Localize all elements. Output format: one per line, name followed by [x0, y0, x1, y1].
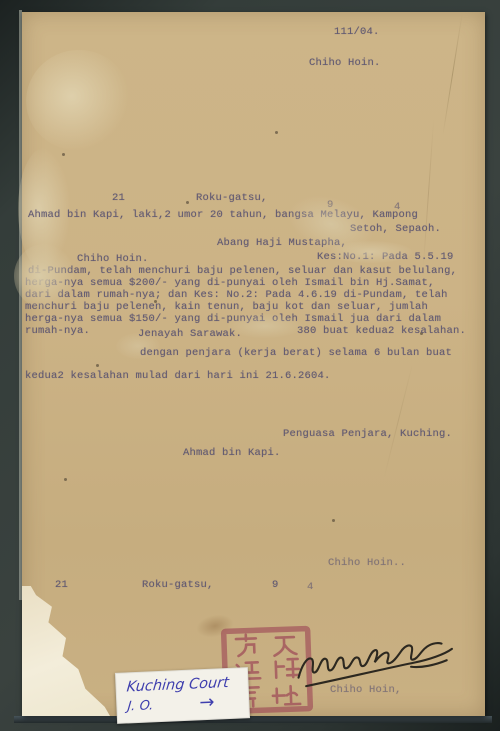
charge-line-5: herga-nya semua $150/- yang di-punyai ol… [25, 313, 441, 325]
paper-sheet [22, 12, 485, 716]
document-photo: 111/04. Chiho Hoin. 21 Roku-gatsu, 9 4 A… [0, 0, 500, 731]
speck [332, 519, 335, 522]
charge-line-4: menchuri baju pelenen, kain tenun, baju … [25, 301, 428, 313]
case-reference: Kes:No.1: Pada 5.5.19 [317, 251, 454, 263]
charge-line-1: di-Pundam, telah menchuri baju pelenen, … [28, 265, 457, 277]
note-line-1: Kuching Court [126, 675, 230, 696]
law-name: Jenayah Sarawak. [138, 328, 242, 340]
note-line-2: J. O. [127, 698, 154, 714]
speck [275, 131, 278, 134]
charge-line-6: rumah-nya. [25, 325, 90, 337]
prisoner-name: Ahmad bin Kapi. [183, 447, 281, 459]
date-year-digit2-bottom: 4 [307, 581, 314, 593]
date-day-bottom: 21 [55, 579, 68, 591]
table-edge [14, 716, 492, 723]
court-heading-top: Chiho Hoin. [309, 57, 381, 69]
date-year-digit1-bottom: 9 [272, 579, 279, 591]
penal-section: 380 buat kedua2 kesalahan. [297, 325, 466, 337]
sentence-line-1: dengan penjara (kerja berat) selama 6 bu… [140, 347, 452, 359]
court-heading-bottom: Chiho Hoin.. [328, 557, 406, 569]
date-month-bottom: Roku-gatsu, [142, 579, 214, 591]
speck [62, 153, 65, 156]
speck [186, 201, 189, 204]
court-label: Chiho Hoin. [77, 253, 149, 265]
speck [64, 478, 67, 481]
date-month-top: Roku-gatsu, [196, 192, 268, 204]
charge-line-3: dari dalam rumah-nya; dan Kes: No.2: Pad… [25, 289, 448, 301]
sentence-line-2: kedua2 kesalahan mulad dari hari ini 21.… [25, 370, 331, 382]
signature [291, 632, 467, 702]
speck [96, 364, 99, 367]
archive-note: Kuching Court J. O. → [115, 667, 250, 724]
accused-details: Ahmad bin Kapi, laki,2 umor 20 tahun, ba… [28, 209, 418, 221]
magistrate-name: Abang Haji Mustapha, [217, 237, 347, 249]
officer-title: Penguasa Penjara, Kuching. [283, 428, 452, 440]
reference-number: 111/04. [334, 26, 380, 38]
date-day-top: 21 [112, 192, 125, 204]
accused-address: Setoh, Sepaoh. [350, 223, 441, 235]
charge-line-2: herga-nya semua $200/- yang di-punyai ol… [25, 277, 435, 289]
right-arrow-icon: → [199, 692, 215, 714]
